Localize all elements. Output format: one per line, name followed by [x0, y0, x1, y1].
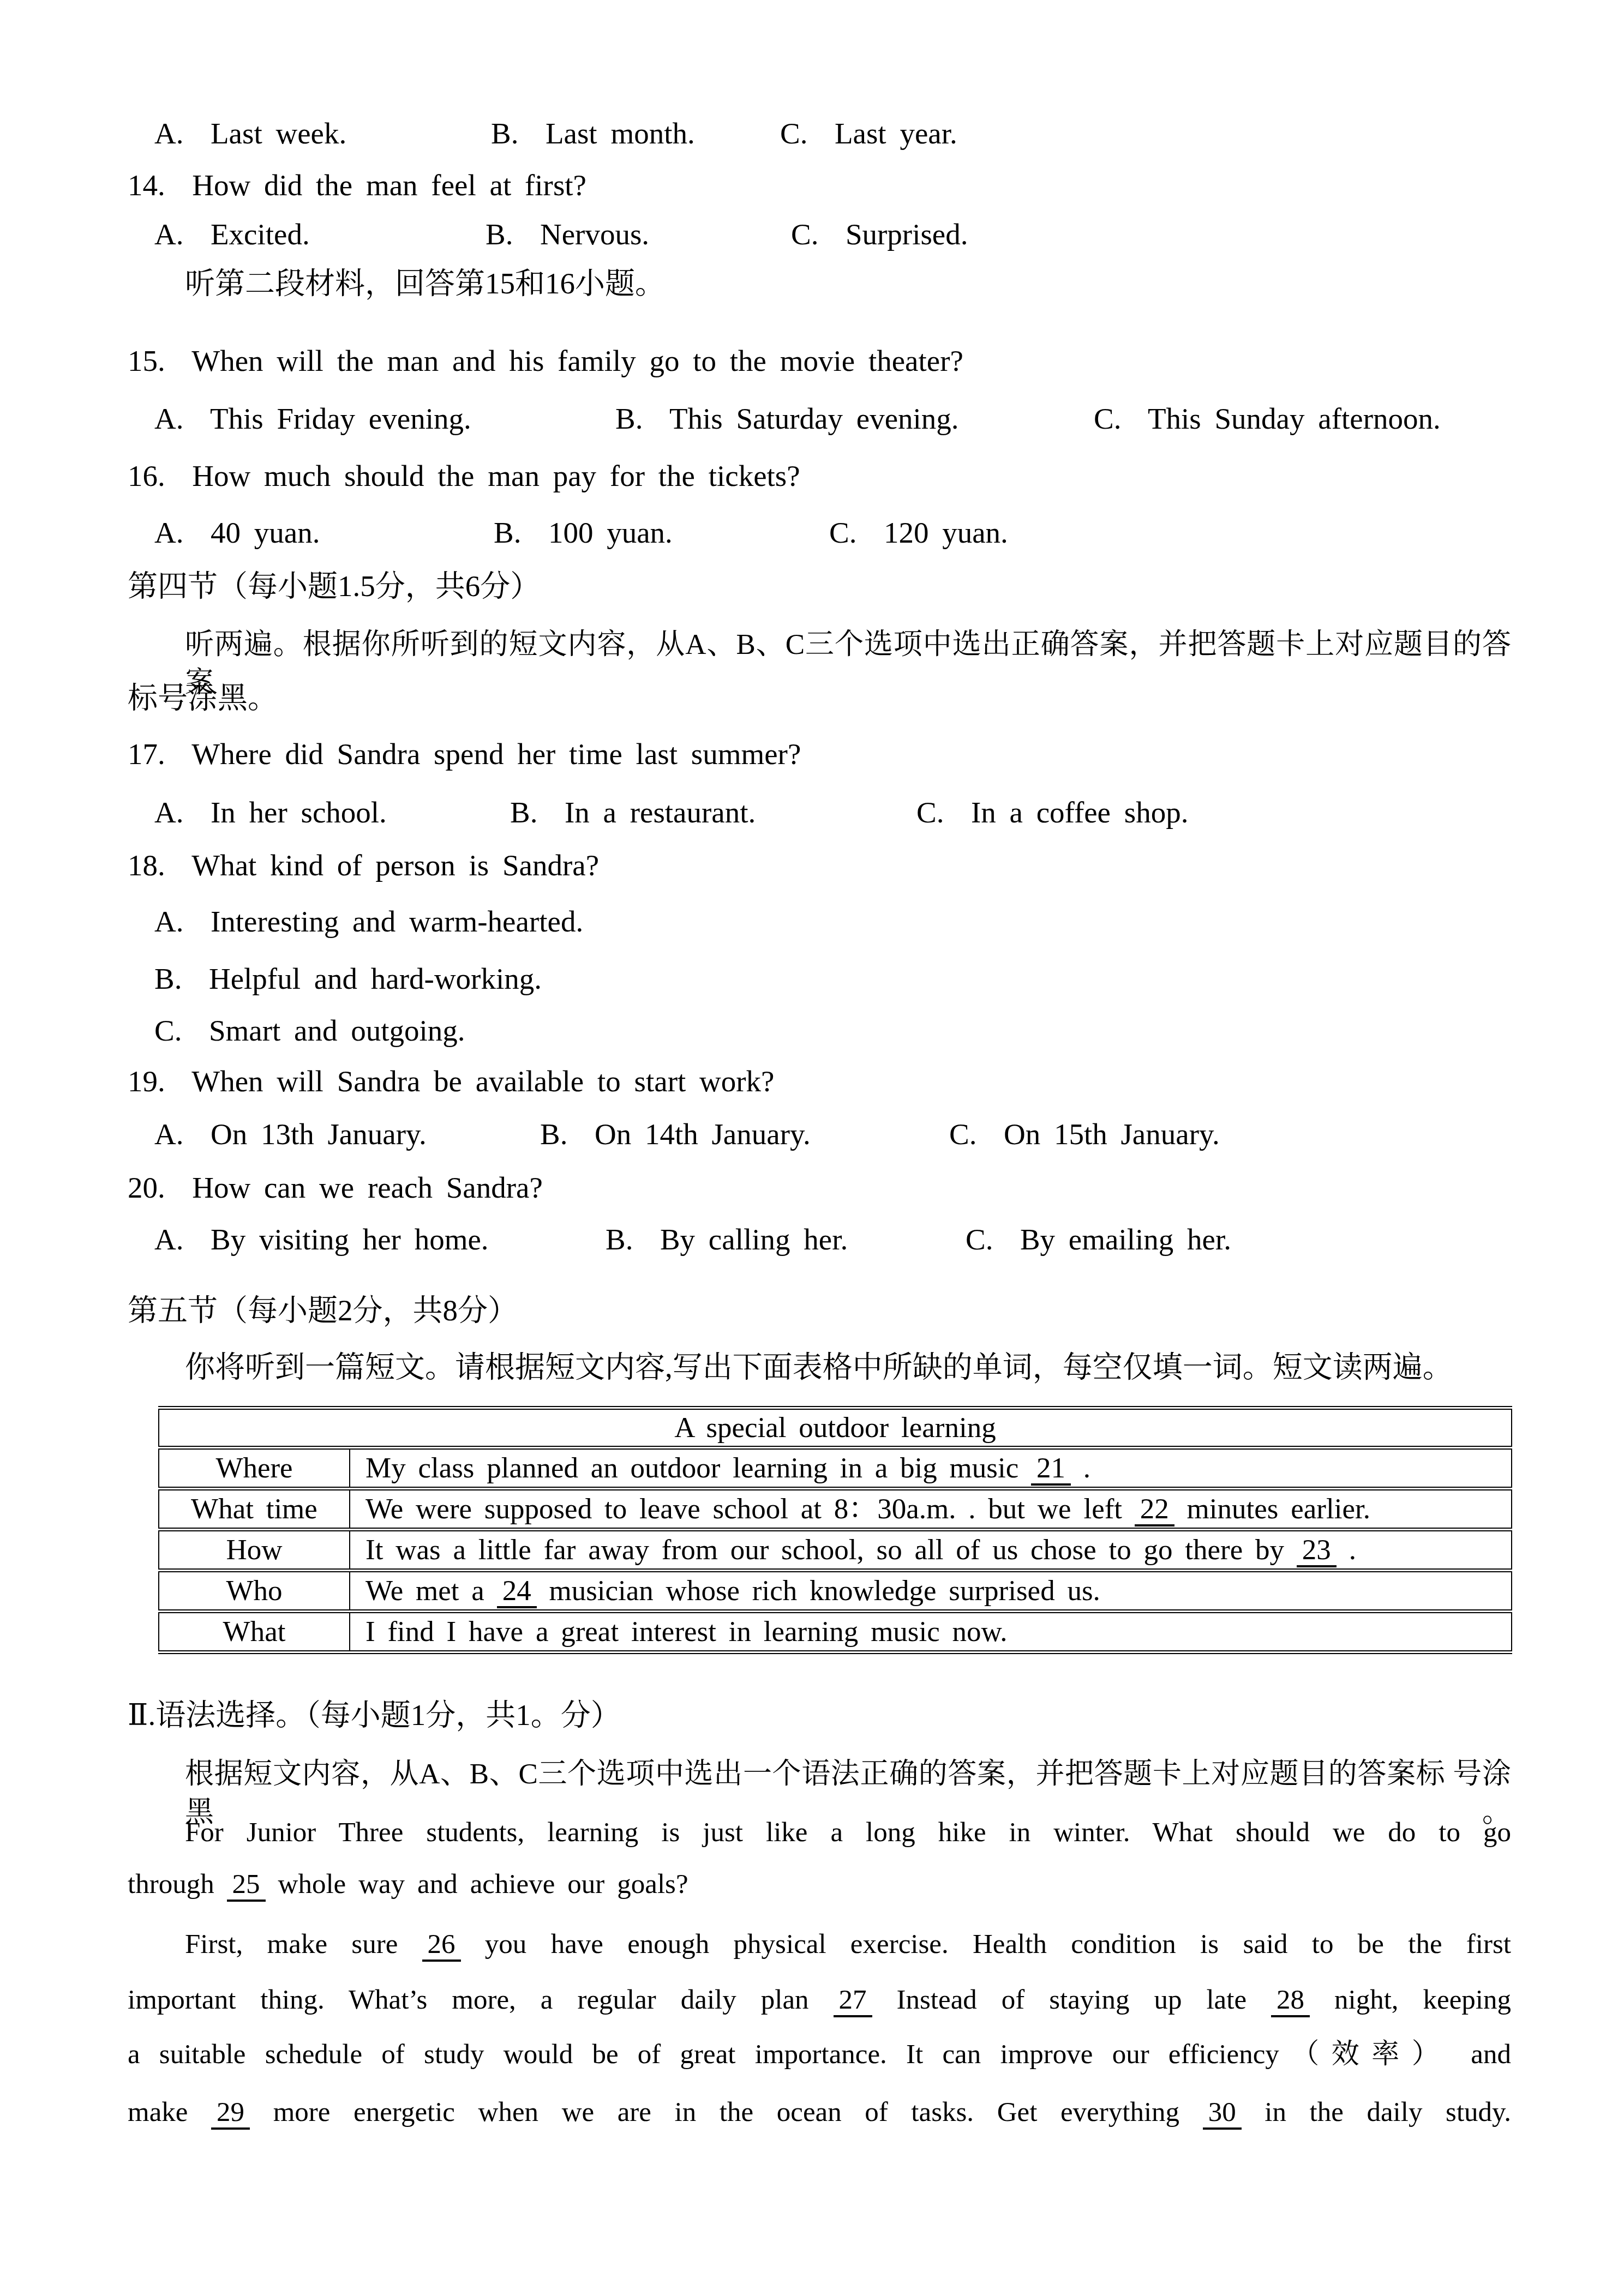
blank-25: 25: [227, 1870, 266, 1902]
p1l2-text-pre: through: [128, 1869, 227, 1900]
blank-26: 26: [422, 1930, 461, 1962]
table-title-row: A special outdoor learning: [159, 1408, 1512, 1448]
q13-option-a: A. Last week.: [154, 115, 346, 153]
what-time-text-pre: We were supposed to leave school at 8：30…: [365, 1493, 1135, 1525]
blank-27: 27: [834, 1986, 872, 2017]
question-17: 17. Where did Sandra spend her time last…: [128, 735, 801, 773]
q17-option-c: C. In a coffee shop.: [916, 794, 1188, 832]
dialog2-note: 听第二段材料，回答第15和16小题。: [185, 265, 665, 303]
blank-23: 23: [1297, 1535, 1337, 1568]
q14-option-b: B. Nervous.: [486, 215, 649, 254]
q14-option-c: C. Surprised.: [791, 215, 968, 254]
grammar-paragraph1-line1: For Junior Three students, learning is j…: [185, 1813, 1511, 1852]
where-text-pre: My class planned an outdoor learning in …: [365, 1452, 1031, 1484]
section-4-instruction-line-2: 标号涂黑。: [128, 679, 278, 717]
table-title: A special outdoor learning: [159, 1408, 1512, 1448]
q16-option-b: B. 100 yuan.: [494, 514, 673, 552]
blank-28: 28: [1271, 1986, 1310, 2017]
table-label-how: How: [159, 1530, 350, 1571]
table-row-what: What I find I have a great interest in l…: [159, 1612, 1512, 1652]
who-text-post: musician whose rich knowledge surprised …: [537, 1575, 1100, 1607]
q17-option-a: A. In her school.: [154, 794, 387, 832]
table-row-where: Where My class planned an outdoor learni…: [159, 1448, 1512, 1489]
q18-option-a: A. Interesting and warm-hearted.: [154, 903, 583, 941]
q16-option-a: A. 40 yuan.: [154, 514, 320, 552]
what-time-text-post: minutes earlier.: [1174, 1493, 1370, 1525]
who-text-pre: We met a: [365, 1575, 497, 1607]
grammar-paragraph2-line1: First, make sure 26 you have enough phys…: [185, 1925, 1511, 1963]
how-text-post: .: [1337, 1534, 1356, 1566]
table-content-how: It was a little far away from our school…: [350, 1530, 1512, 1571]
p2l4-text-1: make: [128, 2097, 211, 2127]
table-row-how: How It was a little far away from our sc…: [159, 1530, 1512, 1571]
q19-option-a: A. On 13th January.: [154, 1115, 427, 1153]
table-content-who: We met a 24 musician whose rich knowledg…: [350, 1571, 1512, 1612]
table-label-who: Who: [159, 1571, 350, 1612]
question-19: 19. When will Sandra be available to sta…: [128, 1062, 774, 1101]
question-14: 14. How did the man feel at first?: [128, 166, 586, 205]
p2l2-text-2: Instead of staying up late: [872, 1985, 1272, 2015]
q18-option-b: B. Helpful and hard-working.: [154, 960, 542, 998]
listening-fill-table: A special outdoor learning Where My clas…: [158, 1406, 1512, 1654]
q13-option-c: C. Last year.: [780, 115, 957, 153]
q19-option-b: B. On 14th January.: [540, 1115, 811, 1153]
section-4-heading: 第四节（每小题1.5分，共6分）: [128, 567, 540, 605]
blank-24: 24: [497, 1576, 537, 1609]
q15-option-b: B. This Saturday evening.: [615, 400, 959, 438]
q19-option-c: C. On 15th January.: [949, 1115, 1220, 1153]
section-5-instruction: 你将听到一篇短文。请根据短文内容,写出下面表格中所缺的单词，每空仅填一词。短文读…: [185, 1348, 1453, 1386]
grammar-paragraph2-line4: make 29 more energetic when we are in th…: [128, 2093, 1511, 2131]
section-4-instruction-line-1: 听两遍。根据你所听到的短文内容，从A、B、C三个选项中选出正确答案，并把答题卡上…: [185, 626, 1511, 702]
q20-option-c: C. By emailing her.: [966, 1221, 1231, 1259]
table-row-what-time: What time We were supposed to leave scho…: [159, 1489, 1512, 1530]
where-text-post: .: [1071, 1452, 1090, 1484]
p1l2-text-post: whole way and achieve our goals?: [266, 1869, 688, 1900]
table-row-who: Who We met a 24 musician whose rich know…: [159, 1571, 1512, 1612]
q13-option-b: B. Last month.: [491, 115, 695, 153]
blank-29: 29: [211, 2098, 250, 2130]
question-20: 20. How can we reach Sandra?: [128, 1169, 543, 1207]
table-content-what: I find I have a great interest in learni…: [350, 1612, 1512, 1652]
q15-option-a: A. This Friday evening.: [154, 400, 471, 438]
blank-22: 22: [1135, 1494, 1174, 1527]
p2l2-text-3: night, keeping: [1310, 1985, 1511, 2015]
q20-option-a: A. By visiting her home.: [154, 1221, 489, 1259]
p2l1-text-pre: First, make sure: [185, 1929, 422, 1960]
how-text-pre: It was a little far away from our school…: [365, 1534, 1297, 1566]
grammar-paragraph2-line2: important thing. What’s more, a regular …: [128, 1981, 1511, 2019]
grammar-section-heading: Ⅱ.语法选择。（每小题1分，共1。分）: [128, 1696, 621, 1734]
question-16: 16. How much should the man pay for the …: [128, 457, 800, 495]
blank-30: 30: [1203, 2098, 1242, 2130]
p2l2-text-1: important thing. What’s more, a regular …: [128, 1985, 834, 2015]
q15-option-c: C. This Sunday afternoon.: [1094, 400, 1441, 438]
table-content-what-time: We were supposed to leave school at 8：30…: [350, 1489, 1512, 1530]
q17-option-b: B. In a restaurant.: [510, 794, 756, 832]
blank-21: 21: [1031, 1453, 1071, 1486]
q16-option-c: C. 120 yuan.: [829, 514, 1008, 552]
p2l4-text-3: in the daily study.: [1242, 2097, 1511, 2127]
grammar-paragraph2-line3: a suitable schedule of study would be of…: [128, 2035, 1511, 2073]
question-18: 18. What kind of person is Sandra?: [128, 846, 599, 885]
q18-option-c: C. Smart and outgoing.: [154, 1012, 465, 1050]
table-label-what-time: What time: [159, 1489, 350, 1530]
table-label-what: What: [159, 1612, 350, 1652]
q17-options-row: A. In her school. B. In a restaurant. C.…: [0, 794, 1624, 984]
exam-page: A. Last week. B. Last month. C. Last yea…: [0, 0, 1624, 2296]
grammar-paragraph1-line2: through 25 whole way and achieve our goa…: [128, 1865, 688, 1903]
p2l4-text-2: more energetic when we are in the ocean …: [250, 2097, 1203, 2127]
table-content-where: My class planned an outdoor learning in …: [350, 1448, 1512, 1489]
q14-option-a: A. Excited.: [154, 215, 310, 254]
table-label-where: Where: [159, 1448, 350, 1489]
question-15: 15. When will the man and his family go …: [128, 342, 963, 380]
q20-option-b: B. By calling her.: [606, 1221, 848, 1259]
p2l1-text-post: you have enough physical exercise. Healt…: [461, 1929, 1511, 1960]
section-5-heading: 第五节（每小题2分，共8分）: [128, 1291, 518, 1330]
